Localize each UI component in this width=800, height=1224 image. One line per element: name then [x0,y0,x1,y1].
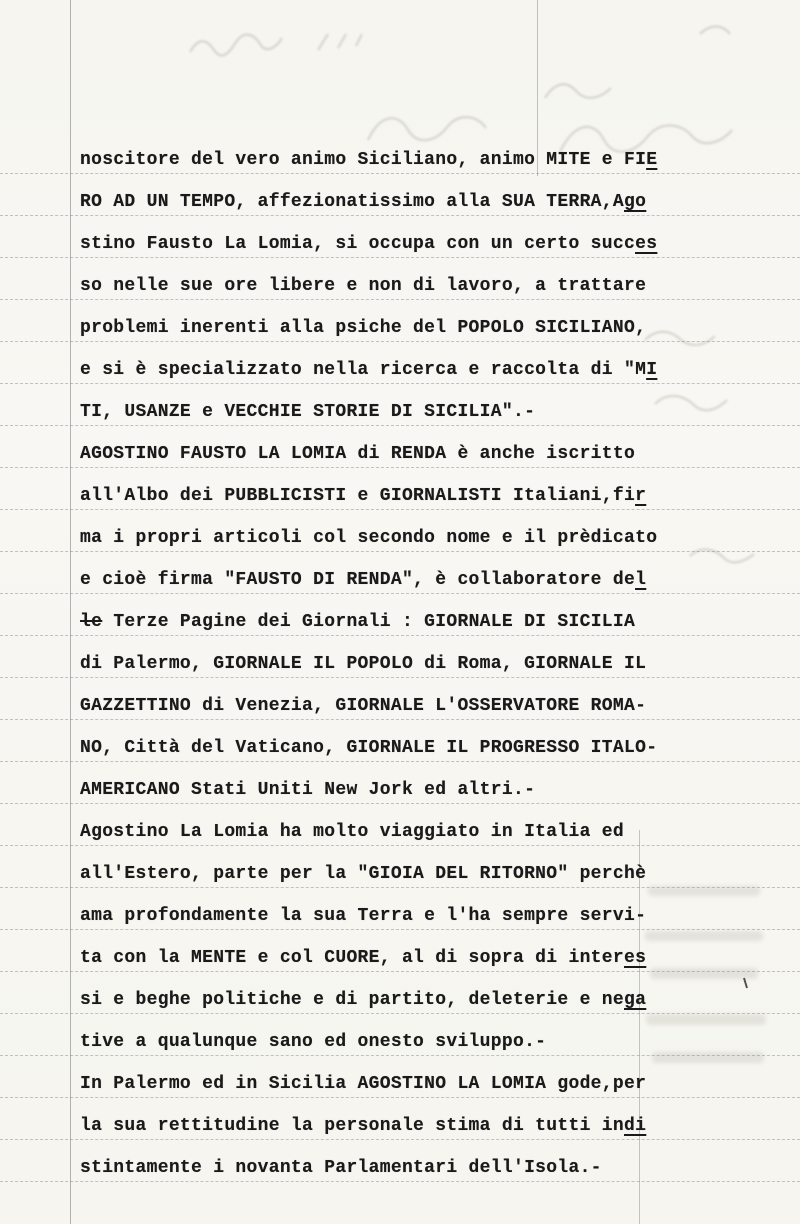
text-line-content: stino Fausto La Lomia, si occupa con un … [80,235,657,257]
text-line-content: all'Estero, parte per la "GIOIA DEL RITO… [80,865,646,887]
text-line: le Terze Pagine dei Giornali : GIORNALE … [0,594,800,636]
text-line: NO, Città del Vaticano, GIORNALE IL PROG… [0,720,800,762]
text-line: la sua rettitudine la personale stima di… [0,1098,800,1140]
text-line-content: di Palermo, GIORNALE IL POPOLO di Roma, … [80,655,646,677]
text-line-content: tive a qualunque sano ed onesto sviluppo… [80,1033,546,1055]
text-line-content: e cioè firma "FAUSTO DI RENDA", è collab… [80,571,646,593]
text-line: e si è specializzato nella ricerca e rac… [0,342,800,384]
text-line: AMERICANO Stati Uniti New Jork ed altri.… [0,762,800,804]
text-line: si e beghe politiche e di partito, delet… [0,972,800,1014]
scanned-document-page: noscitore del vero animo Siciliano, anim… [0,0,800,1224]
text-line-content: noscitore del vero animo Siciliano, anim… [80,151,657,173]
text-line-content: NO, Città del Vaticano, GIORNALE IL PROG… [80,739,657,761]
text-line: problemi inerenti alla psiche del POPOLO… [0,300,800,342]
text-line-content: e si è specializzato nella ricerca e rac… [80,361,657,383]
text-line: AGOSTINO FAUSTO LA LOMIA di RENDA è anch… [0,426,800,468]
text-line: ta con la MENTE e col CUORE, al di sopra… [0,930,800,972]
text-line: di Palermo, GIORNALE IL POPOLO di Roma, … [0,636,800,678]
text-line-content: In Palermo ed in Sicilia AGOSTINO LA LOM… [80,1075,646,1097]
text-line-content: ta con la MENTE e col CUORE, al di sopra… [80,949,646,971]
text-line-content: ama profondamente la sua Terra e l'ha se… [80,907,646,929]
text-line-content: TI, USANZE e VECCHIE STORIE DI SICILIA".… [80,403,535,425]
text-line-content: stintamente i novanta Parlamentari dell'… [80,1159,602,1181]
text-line-content: AGOSTINO FAUSTO LA LOMIA di RENDA è anch… [80,445,635,467]
text-line: all'Estero, parte per la "GIOIA DEL RITO… [0,846,800,888]
text-line-content: GAZZETTINO di Venezia, GIORNALE L'OSSERV… [80,697,646,719]
text-line-content: Agostino La Lomia ha molto viaggiato in … [80,823,624,845]
text-line: ma i propri articoli col secondo nome e … [0,510,800,552]
text-line: tive a qualunque sano ed onesto sviluppo… [0,1014,800,1056]
text-line-content: problemi inerenti alla psiche del POPOLO… [80,319,646,341]
typewritten-text: noscitore del vero animo Siciliano, anim… [0,132,800,1182]
text-line: RO AD UN TEMPO, affezionatissimo alla SU… [0,174,800,216]
text-line: stino Fausto La Lomia, si occupa con un … [0,216,800,258]
text-line-content: all'Albo dei PUBBLICISTI e GIORNALISTI I… [80,487,646,509]
text-line: GAZZETTINO di Venezia, GIORNALE L'OSSERV… [0,678,800,720]
text-line-content: so nelle sue ore libere e non di lavoro,… [80,277,646,299]
text-line: Agostino La Lomia ha molto viaggiato in … [0,804,800,846]
text-line: e cioè firma "FAUSTO DI RENDA", è collab… [0,552,800,594]
text-line: noscitore del vero animo Siciliano, anim… [0,132,800,174]
text-line-content: AMERICANO Stati Uniti New Jork ed altri.… [80,781,535,803]
text-line: so nelle sue ore libere e non di lavoro,… [0,258,800,300]
text-line: all'Albo dei PUBBLICISTI e GIORNALISTI I… [0,468,800,510]
text-line-content: la sua rettitudine la personale stima di… [80,1117,646,1139]
text-line: ama profondamente la sua Terra e l'ha se… [0,888,800,930]
text-line-content: le Terze Pagine dei Giornali : GIORNALE … [80,613,635,635]
text-line: TI, USANZE e VECCHIE STORIE DI SICILIA".… [0,384,800,426]
text-line-content: si e beghe politiche e di partito, delet… [80,991,646,1013]
text-line-content: ma i propri articoli col secondo nome e … [80,529,657,551]
text-line: In Palermo ed in Sicilia AGOSTINO LA LOM… [0,1056,800,1098]
text-line-content: RO AD UN TEMPO, affezionatissimo alla SU… [80,193,646,215]
text-line: stintamente i novanta Parlamentari dell'… [0,1140,800,1182]
